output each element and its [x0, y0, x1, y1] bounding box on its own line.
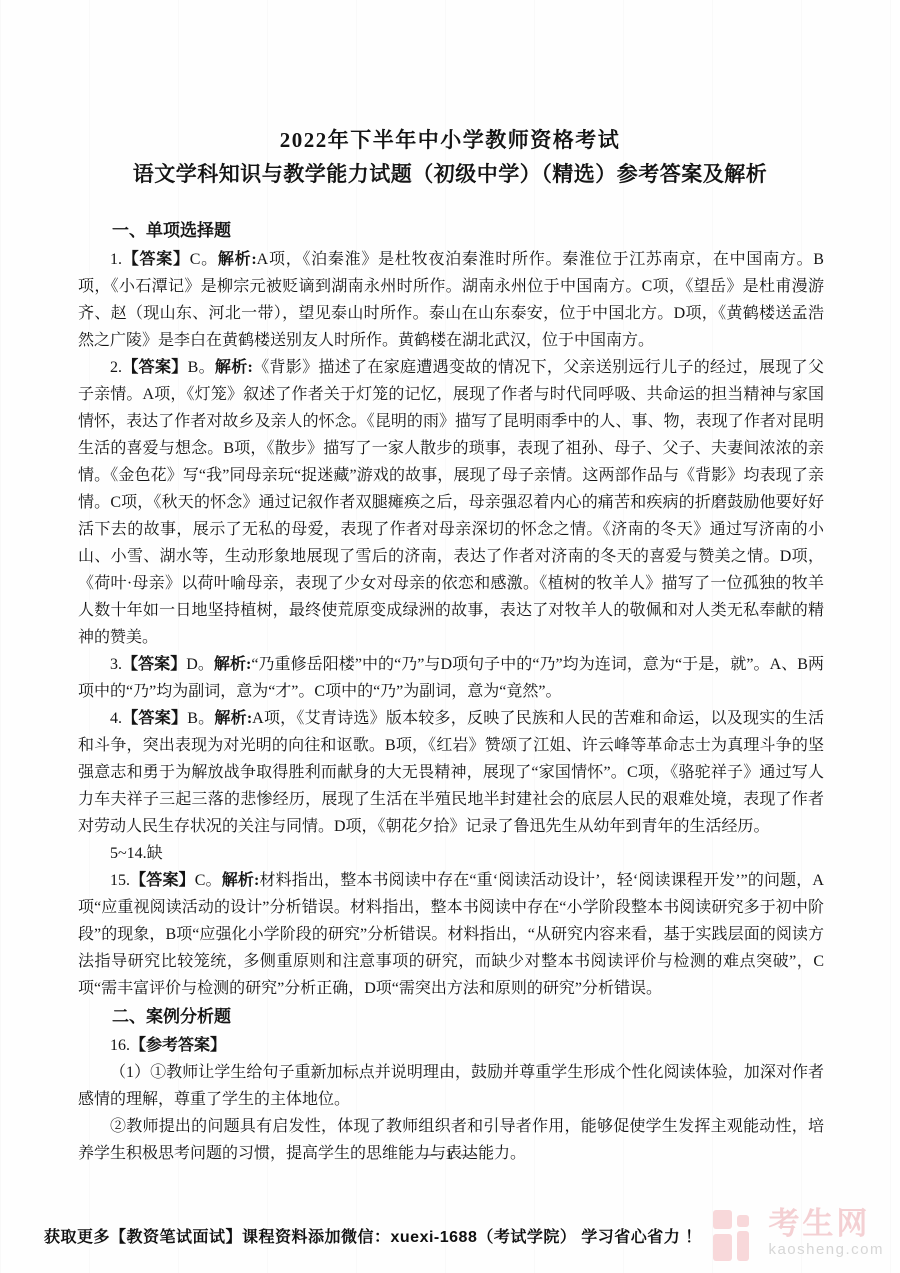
answer-text: 《背影》描述了在家庭遭遇变故的情况下，父亲送别远行儿子的经过，展现了父子亲情。A… — [78, 359, 824, 646]
kaosheng-watermark: 考生网 kaosheng.com — [713, 1207, 884, 1263]
reference-answer-label: 【参考答案】 — [130, 1037, 226, 1054]
answer-item-2: 2.【答案】B。解析:《背影》描述了在家庭遭遇变故的情况下，父亲送别远行儿子的经… — [78, 354, 824, 651]
scanned-page: 2022年下半年中小学教师资格考试 语文学科知识与教学能力试题（初级中学）（精选… — [0, 0, 900, 1273]
answer-number: 16. — [110, 1037, 130, 1054]
kaosheng-logo-icon — [713, 1207, 759, 1263]
case16-paragraph-1: （1）①教师让学生给句子重新加标点并说明理由，鼓励并尊重学生形成个性化阅读体验，… — [78, 1059, 824, 1113]
answer-label: 【答案】 — [122, 710, 187, 727]
answer-number: 1. — [110, 251, 122, 268]
logo-block-bottom-right — [737, 1231, 749, 1261]
answer-number: 3. — [110, 656, 122, 673]
answer-item-4: 4.【答案】B。解析:A项，《艾青诗选》版本较多，反映了民族和人民的苦难和命运，… — [78, 705, 824, 840]
jiexi-label: 解析: — [218, 251, 257, 268]
answer-text: A项，《艾青诗选》版本较多，反映了民族和人民的苦难和命运，以及现实的生活和斗争，… — [78, 710, 824, 835]
answer-letter: C。 — [195, 872, 222, 889]
answer-content: 一、单项选择题 1.【答案】C。解析:A项，《泊秦淮》是杜牧夜泊秦淮时所作。秦淮… — [78, 216, 824, 1167]
jiexi-label: 解析: — [222, 872, 260, 889]
answer-label: 【答案】 — [122, 359, 188, 376]
watermark-site-name: 考生网 — [768, 1207, 884, 1241]
missing-questions-note: 5~14.缺 — [78, 840, 824, 867]
answer-letter: D。 — [186, 656, 214, 673]
footer-promo-text: 获取更多【教资笔试面试】课程资料添加微信：xuexi-1688（考试学院） 学习… — [44, 1224, 702, 1247]
answer-item-3: 3.【答案】D。解析:“乃重修岳阳楼”中的“乃”与D项句子中的“乃”均为连词，意… — [78, 651, 824, 705]
doc-title-line-2: 语文学科知识与教学能力试题（初级中学）（精选）参考答案及解析 — [0, 156, 900, 192]
section-heading-single-choice: 一、单项选择题 — [78, 216, 824, 246]
watermark-text-group: 考生网 kaosheng.com — [768, 1207, 884, 1259]
answer-number: 15. — [110, 872, 130, 889]
logo-block-top-left — [713, 1210, 732, 1229]
answer-label: 【答案】 — [130, 872, 195, 889]
doc-header: 2022年下半年中小学教师资格考试 语文学科知识与教学能力试题（初级中学）（精选… — [0, 0, 900, 192]
answer-letter: B。 — [188, 359, 215, 376]
jiexi-label: 解析: — [214, 656, 251, 673]
logo-block-top-right — [737, 1215, 749, 1227]
answer-item-15: 15.【答案】C。解析:材料指出，整本书阅读中存在“重‘阅读活动设计’，轻‘阅读… — [78, 867, 824, 1002]
doc-title-line-1: 2022年下半年中小学教师资格考试 — [0, 124, 900, 156]
case16-heading: 16.【参考答案】 — [78, 1032, 824, 1059]
answer-letter: C。 — [190, 251, 218, 268]
page-number: — 1 — — [0, 1146, 900, 1164]
answer-label: 【答案】 — [122, 251, 190, 268]
answer-number: 2. — [110, 359, 122, 376]
answer-letter: B。 — [187, 710, 214, 727]
answer-text: 材料指出，整本书阅读中存在“重‘阅读活动设计’，轻‘阅读课程开发’”的问题，A项… — [78, 872, 824, 997]
logo-block-bottom-left — [713, 1234, 732, 1261]
jiexi-label: 解析: — [215, 359, 253, 376]
answer-label: 【答案】 — [122, 656, 186, 673]
section-heading-case-analysis: 二、案例分析题 — [78, 1002, 824, 1032]
answer-item-1: 1.【答案】C。解析:A项，《泊秦淮》是杜牧夜泊秦淮时所作。秦淮位于江苏南京，在… — [78, 246, 824, 354]
answer-number: 4. — [110, 710, 122, 727]
watermark-site-url: kaosheng.com — [768, 1241, 884, 1259]
jiexi-label: 解析: — [214, 710, 252, 727]
